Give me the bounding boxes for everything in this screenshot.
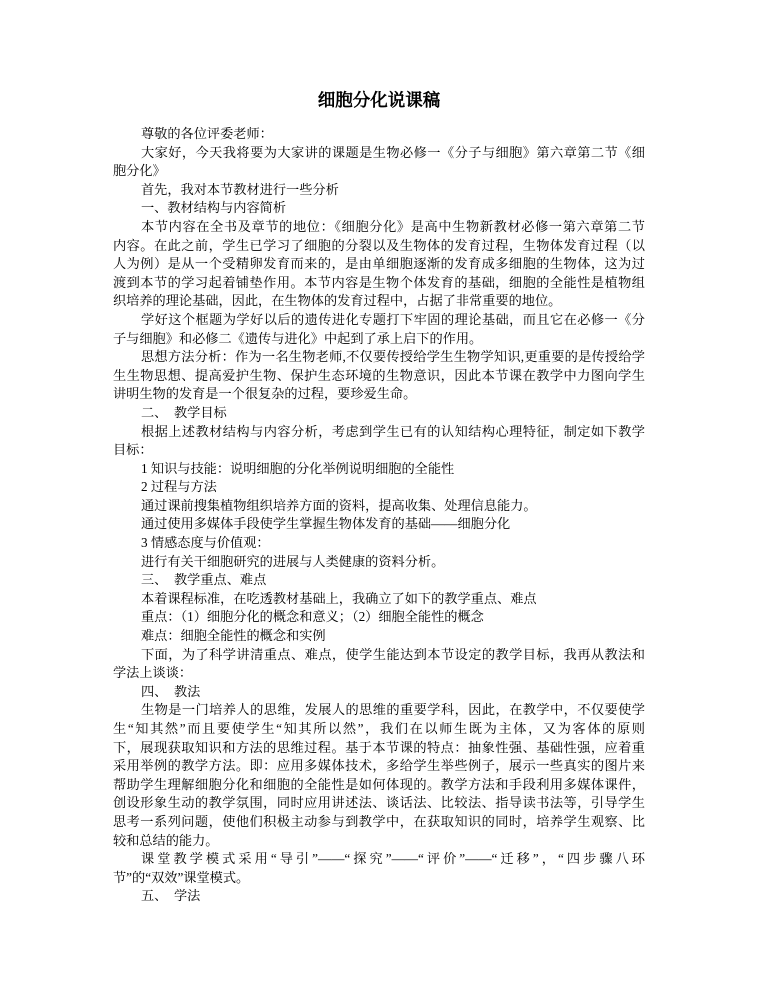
text-line: 节”的“双效”课堂模式。 (113, 869, 645, 888)
text-line: 一、教材结构与内容简析 (113, 199, 645, 218)
text-line: 四、 教法 (113, 683, 645, 702)
paragraph: 本节内容在全书及章节的地位：《细胞分化》是高中生物新教材必修一第六章第二节内容。… (113, 218, 645, 311)
text-line: 五、 学法 (113, 887, 645, 906)
text-line: 子与细胞》和必修二《遗传与进化》中起到了承上启下的作用。 (113, 330, 645, 349)
paragraph: 通过课前搜集植物组织培养方面的资料，提高收集、处理信息能力。 (113, 497, 645, 516)
paragraph: 一、教材结构与内容简析 (113, 199, 645, 218)
text-line: 织培养的理论基础，因此，在生物体的发育过程中，占据了非常重要的地位。 (113, 292, 645, 311)
paragraph: 下面，为了科学讲清重点、难点，使学生能达到本节设定的教学目标，我再从教法和学法上… (113, 646, 645, 683)
text-line: 采用举例的教学方法。即：应用多媒体技术，多给学生举些例子，展示一些真实的图片来 (113, 757, 645, 776)
text-line: 难点：细胞全能性的概念和实例 (113, 627, 645, 646)
text-line: 本节内容在全书及章节的地位：《细胞分化》是高中生物新教材必修一第六章第二节 (113, 218, 645, 237)
text-line: 通过使用多媒体手段使学生掌握生物体发育的基础——细胞分化 (113, 515, 645, 534)
paragraph: 难点：细胞全能性的概念和实例 (113, 627, 645, 646)
text-line: 人为例）是从一个受精卵发育而来的，是由单细胞逐渐的发育成多细胞的生物体，这为过 (113, 255, 645, 274)
paragraph: 重点：（1）细胞分化的概念和意义；（2）细胞全能性的概念 (113, 608, 645, 627)
text-line: 尊敬的各位评委老师： (113, 125, 645, 144)
text-line: 生生物思想、提高爱护生物、保护生态环境的生物意识，因此本节课在教学中力图向学生 (113, 367, 645, 386)
text-line: 思想方法分析：作为一名生物老师,不仅要传授给学生生物学知识,更重要的是传授给学 (113, 348, 645, 367)
text-line: 本着课程标准，在吃透教材基础上，我确立了如下的教学重点、难点 (113, 590, 645, 609)
text-line: 下，展现获取知识和方法的思维过程。基于本节课的特点：抽象性强、基础性强，应着重 (113, 739, 645, 758)
document-page: 细胞分化说课稿 尊敬的各位评委老师：大家好，今天我将要为大家讲的课题是生物必修一… (0, 0, 770, 1000)
text-line: 二、 教学目标 (113, 404, 645, 423)
text-line: 渡到本节的学习起着铺垫作用。本节内容是生物个体发育的基础，细胞的全能性是植物组 (113, 274, 645, 293)
paragraph: 思想方法分析：作为一名生物老师,不仅要传授给学生生物学知识,更重要的是传授给学生… (113, 348, 645, 404)
text-line: 较和总结的能力。 (113, 832, 645, 851)
paragraph: 学好这个框题为学好以后的遗传进化专题打下牢固的理论基础，而且它在必修一《分子与细… (113, 311, 645, 348)
text-line: 目标： (113, 441, 645, 460)
text-line: 创设形象生动的教学氛围，同时应用讲述法、谈话法、比较法、指导读书法等，引导学生 (113, 794, 645, 813)
text-line: 三、 教学重点、难点 (113, 571, 645, 590)
paragraph: 1 知识与技能：说明细胞的分化举例说明细胞的全能性 (113, 460, 645, 479)
paragraph: 根据上述教材结构与内容分析，考虑到学生已有的认知结构心理特征，制定如下教学目标： (113, 423, 645, 460)
text-line: 讲明生物的发育是一个很复杂的过程，要珍爱生命。 (113, 385, 645, 404)
text-line: 思考一系列问题，使他们积极主动参与到教学中，在获取知识的同时，培养学生观察、比 (113, 813, 645, 832)
paragraph: 二、 教学目标 (113, 404, 645, 423)
paragraph: 2 过程与方法 (113, 478, 645, 497)
paragraph: 三、 教学重点、难点 (113, 571, 645, 590)
paragraph: 课堂教学模式采用“导引”——“探究”——“评价”——“迁移”，“四步骤八环节”的… (113, 850, 645, 887)
paragraph: 生物是一门培养人的思维，发展人的思维的重要学科，因此，在教学中，不仅要使学生“知… (113, 701, 645, 850)
paragraph: 五、 学法 (113, 887, 645, 906)
paragraph: 尊敬的各位评委老师： (113, 125, 645, 144)
text-line: 生物是一门培养人的思维，发展人的思维的重要学科，因此，在教学中，不仅要使学 (113, 701, 645, 720)
paragraph: 通过使用多媒体手段使学生掌握生物体发育的基础——细胞分化 (113, 515, 645, 534)
paragraph: 3 情感态度与价值观： (113, 534, 645, 553)
text-line: 学法上谈谈： (113, 664, 645, 683)
paragraph: 进行有关干细胞研究的进展与人类健康的资料分析。 (113, 553, 645, 572)
text-line: 通过课前搜集植物组织培养方面的资料，提高收集、处理信息能力。 (113, 497, 645, 516)
text-line: 下面，为了科学讲清重点、难点，使学生能达到本节设定的教学目标，我再从教法和 (113, 646, 645, 665)
paragraph: 四、 教法 (113, 683, 645, 702)
text-line: 进行有关干细胞研究的进展与人类健康的资料分析。 (113, 553, 645, 572)
text-line: 生“知其然”而且要使学生“知其所以然”，我们在以师生既为主体，又为客体的原则 (113, 720, 645, 739)
paragraph: 本着课程标准，在吃透教材基础上，我确立了如下的教学重点、难点 (113, 590, 645, 609)
paragraph: 大家好，今天我将要为大家讲的课题是生物必修一《分子与细胞》第六章第二节《细胞分化… (113, 144, 645, 181)
text-line: 学好这个框题为学好以后的遗传进化专题打下牢固的理论基础，而且它在必修一《分 (113, 311, 645, 330)
text-line: 重点：（1）细胞分化的概念和意义；（2）细胞全能性的概念 (113, 608, 645, 627)
text-line: 根据上述教材结构与内容分析，考虑到学生已有的认知结构心理特征，制定如下教学 (113, 423, 645, 442)
text-line: 大家好，今天我将要为大家讲的课题是生物必修一《分子与细胞》第六章第二节《细 (113, 144, 645, 163)
text-line: 首先，我对本节教材进行一些分析 (113, 181, 645, 200)
text-line: 课堂教学模式采用“导引”——“探究”——“评价”——“迁移”，“四步骤八环 (113, 850, 645, 869)
text-line: 胞分化》 (113, 162, 645, 181)
text-line: 内容。在此之前，学生已学习了细胞的分裂以及生物体的发育过程，生物体发育过程（以 (113, 237, 645, 256)
paragraph: 首先，我对本节教材进行一些分析 (113, 181, 645, 200)
document-body: 尊敬的各位评委老师：大家好，今天我将要为大家讲的课题是生物必修一《分子与细胞》第… (113, 125, 645, 906)
text-line: 1 知识与技能：说明细胞的分化举例说明细胞的全能性 (113, 460, 645, 479)
text-line: 2 过程与方法 (113, 478, 645, 497)
document-title: 细胞分化说课稿 (113, 90, 645, 110)
text-line: 帮助学生理解细胞分化和细胞的全能性是如何体现的。教学方法和手段利用多媒体课件， (113, 776, 645, 795)
text-line: 3 情感态度与价值观： (113, 534, 645, 553)
